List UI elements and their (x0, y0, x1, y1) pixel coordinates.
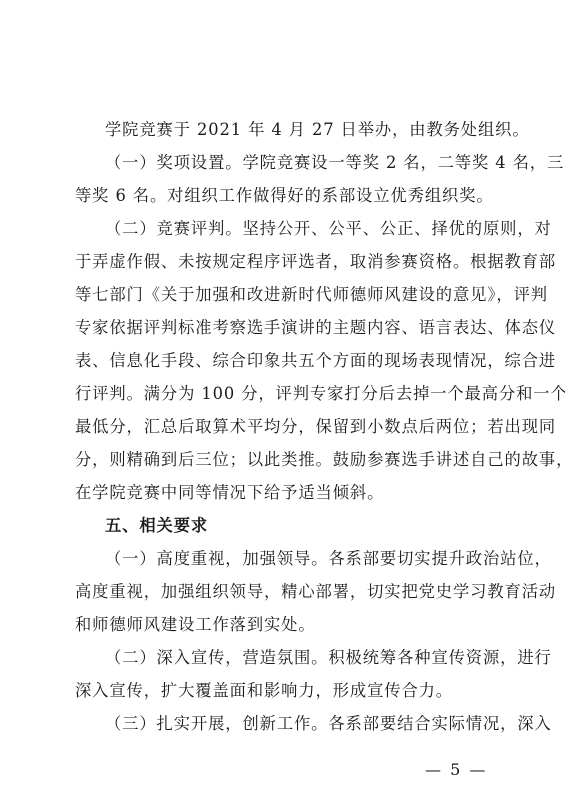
paragraph-line: （二）深入宣传，营造氛围。积极统筹各种宣传资源，进行 (105, 648, 491, 668)
paragraph-line: （二）竞赛评判。坚持公开、公平、公正、择优的原则，对 (105, 219, 491, 239)
paragraph-line: 学院竞赛于 2021 年 4 月 27 日举办，由教务处组织。 (105, 120, 491, 140)
paragraph-line: 于弄虚作假、未按规定程序评选者，取消参赛资格。根据教育部 (75, 252, 491, 272)
paragraph-line: 等奖 6 名。对组织工作做得好的系部设立优秀组织奖。 (75, 186, 491, 206)
paragraph-line: 高度重视，加强组织领导，精心部署，切实把党史学习教育活动 (75, 582, 491, 602)
paragraph-line: 和师德师风建设工作落到实处。 (75, 615, 491, 635)
page-number: — 5 — (425, 760, 487, 779)
paragraph-line: 行评判。满分为 100 分，评判专家打分后去掉一个最高分和一个 (75, 384, 491, 404)
paragraph-line: 等七部门《关于加强和改进新时代师德师风建设的意见》，评判 (75, 285, 491, 305)
paragraph-line: 在学院竞赛中同等情况下给予适当倾斜。 (75, 483, 491, 503)
paragraph-line: 专家依据评判标准考察选手演讲的主题内容、语言表达、体态仪 (75, 318, 491, 338)
paragraph-line: （三）扎实开展，创新工作。各系部要结合实际情况，深入 (105, 714, 491, 734)
paragraph-line: （一）高度重视，加强领导。各系部要切实提升政治站位， (105, 549, 491, 569)
paragraph-line: （一）奖项设置。学院竞赛设一等奖 2 名，二等奖 4 名，三 (105, 153, 491, 173)
paragraph-line: 深入宣传，扩大覆盖面和影响力，形成宣传合力。 (75, 681, 491, 701)
paragraph-line: 最低分，汇总后取算术平均分，保留到小数点后两位；若出现同 (75, 417, 491, 437)
paragraph-line: 表、信息化手段、综合印象共五个方面的现场表现情况，综合进 (75, 351, 491, 371)
paragraph-line: 分，则精确到后三位；以此类推。鼓励参赛选手讲述自己的故事， (75, 450, 491, 470)
section-heading: 五、相关要求 (105, 516, 491, 536)
